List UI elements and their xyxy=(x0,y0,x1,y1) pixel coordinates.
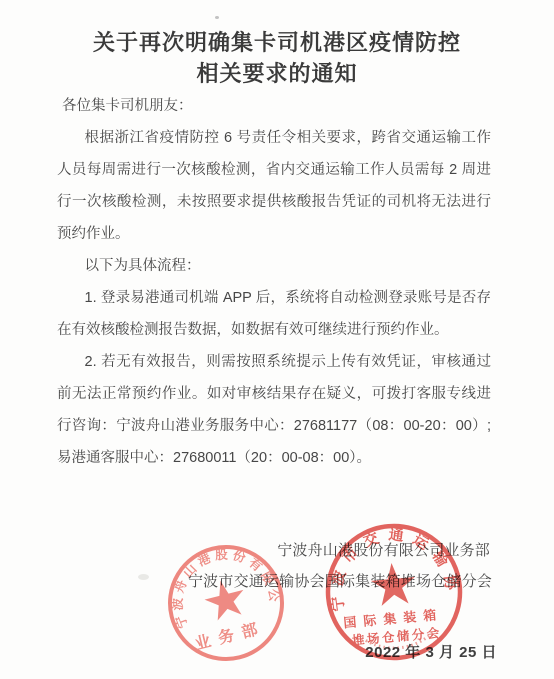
star-icon xyxy=(201,576,249,623)
paragraph-process-heading: 以下为具体流程： xyxy=(57,250,491,282)
paragraph-intro: 根据浙江省疫情防控 6 号责任令相关要求，跨省交通运输工作人员每周需进行一次核酸… xyxy=(57,122,491,250)
official-seal-transport-association: 宁波市交通运输协会 国际集装箱 堆场仓储分会 xyxy=(318,516,470,668)
seal-ring-text: 宁波市交通运输协会 xyxy=(318,516,460,614)
paragraph-step-1: 1. 登录易港通司机端 APP 后，系统将自动检测登录账号是否存在有效核酸检测报… xyxy=(57,282,491,346)
document-body: 各位集卡司机朋友： 根据浙江省疫情防控 6 号责任令相关要求，跨省交通运输工作人… xyxy=(57,90,491,474)
salutation: 各位集卡司机朋友： xyxy=(57,90,491,122)
seal-right-graphic: 宁波市交通运输协会 国际集装箱 堆场仓储分会 xyxy=(318,516,470,668)
star-icon xyxy=(370,561,417,606)
title-line-2: 相关要求的通知 xyxy=(0,58,554,89)
scan-artifact-dot xyxy=(215,16,219,19)
title-line-1: 关于再次明确集卡司机港区疫情防控 xyxy=(0,27,554,58)
document-title: 关于再次明确集卡司机港区疫情防控 相关要求的通知 xyxy=(0,27,554,89)
document-page: 关于再次明确集卡司机港区疫情防控 相关要求的通知 各位集卡司机朋友： 根据浙江省… xyxy=(0,0,554,679)
scan-artifact-smudge xyxy=(138,574,149,580)
paragraph-step-2: 2. 若无有效报告，则需按照系统提示上传有效凭证，审核通过前无法正常预约作业。如… xyxy=(57,346,491,474)
